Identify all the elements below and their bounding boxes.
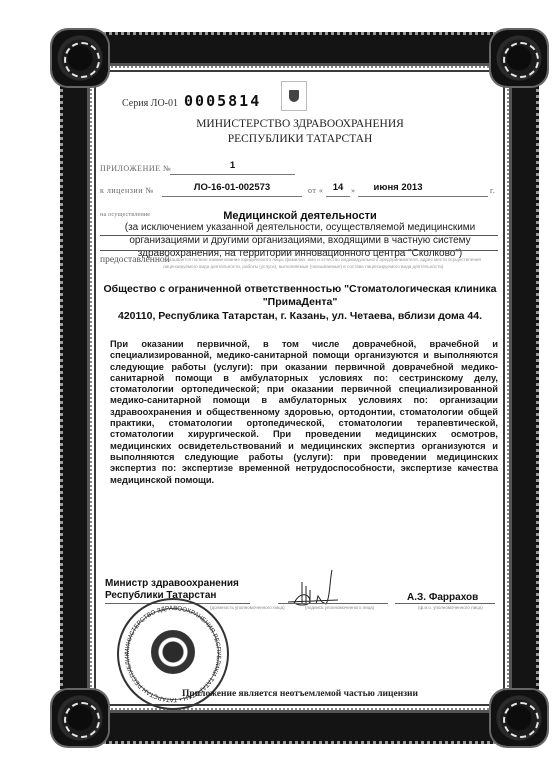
frame-border-left — [60, 70, 90, 706]
signature-line — [278, 603, 388, 604]
name-line — [395, 603, 495, 604]
granted-to-label: предоставленной — [100, 255, 170, 265]
services-description: При оказании первичной, в том числе довр… — [110, 339, 498, 486]
series-block: Серия ЛО-01 0005814 — [122, 92, 261, 110]
license-day-line — [326, 196, 350, 197]
signatory-name: А.З. Фаррахов — [407, 592, 478, 603]
coat-of-arms-icon — [281, 81, 307, 111]
frame-border-top — [92, 32, 507, 66]
divider — [100, 235, 498, 236]
organization-address: 420110, Республика Татарстан, г. Казань,… — [100, 310, 500, 322]
license-number-line — [162, 196, 302, 197]
license-month-line — [358, 196, 488, 197]
emblem-shield — [289, 90, 299, 102]
appendix-label: ПРИЛОЖЕНИЕ № — [100, 164, 171, 173]
signature-caption: (подпись уполномоченного лица) — [305, 605, 374, 610]
license-year-suffix: г. — [490, 186, 495, 195]
frame-border-bottom — [92, 710, 507, 744]
license-day: 14 — [326, 182, 350, 193]
handwritten-signature-icon — [288, 568, 338, 608]
name-caption: (ф.и.о. уполномоченного лица) — [418, 605, 483, 610]
license-month-year: июня 2013 — [358, 182, 438, 193]
license-number: ЛО-16-01-002573 — [162, 182, 302, 193]
appendix-number-line — [170, 174, 295, 175]
footer-note: Приложение является неотъемлемой частью … — [100, 689, 500, 699]
corner-rosette-icon — [52, 30, 108, 86]
seal-emblem-icon — [151, 630, 195, 674]
frame-border-right — [509, 70, 539, 706]
ministry-title: МИНИСТЕРСТВО ЗДРАВООХРАНЕНИЯ — [100, 118, 500, 130]
signatory-position-line1: Министр здравоохранения — [105, 578, 239, 590]
license-date-from: от « — [308, 186, 323, 195]
granted-to-caption: (указывается полное наименование юридиче… — [163, 256, 498, 270]
series-label: Серия ЛО-01 — [122, 98, 178, 109]
license-day-close: » — [351, 186, 356, 195]
corner-rosette-icon — [491, 30, 547, 86]
license-label: к лицензии № — [100, 186, 154, 195]
ministry-subtitle: РЕСПУБЛИКИ ТАТАРСТАН — [100, 133, 500, 145]
appendix-number: 1 — [170, 160, 295, 171]
series-number: 0005814 — [184, 92, 261, 110]
organization-name: Общество с ограниченной ответственностью… — [100, 283, 500, 309]
divider — [100, 250, 498, 251]
